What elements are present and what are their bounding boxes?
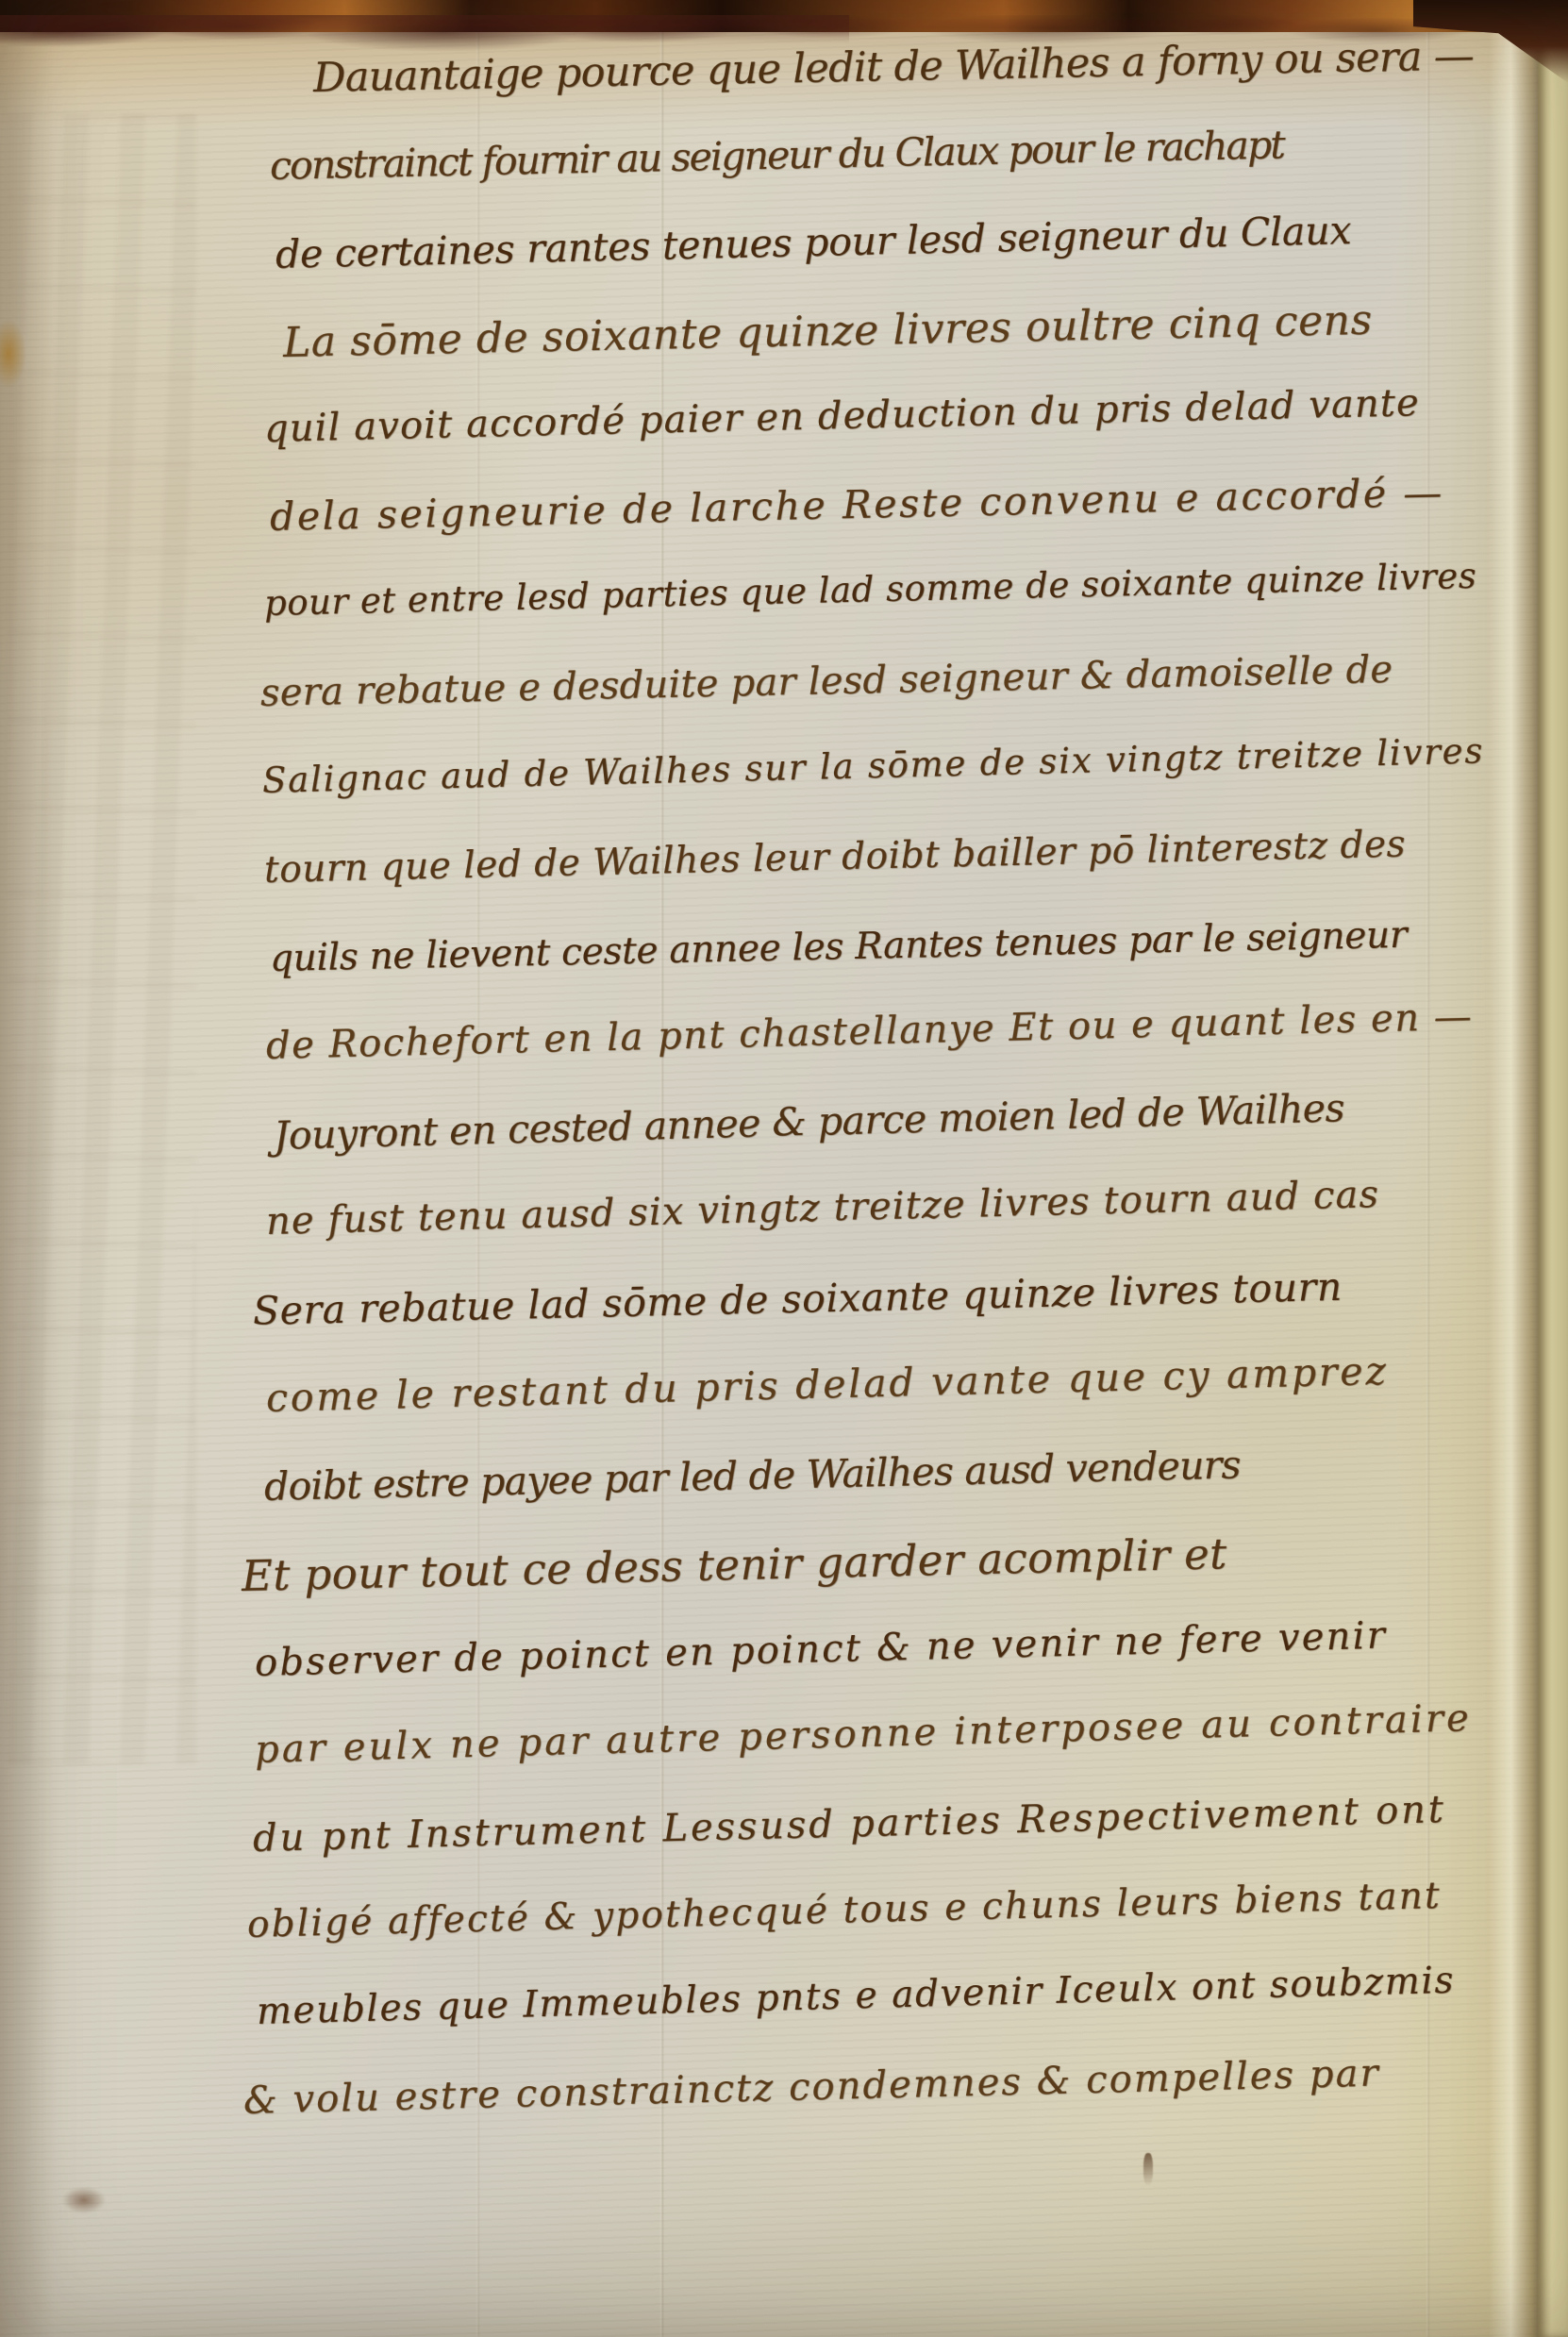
manuscript-line: du pnt Instrument Lessusd parties Respec… xyxy=(252,1788,1446,1861)
manuscript-line: observer de poinct en poinct & ne venir … xyxy=(254,1614,1387,1685)
manuscript-line: de Rochefort en la pnt chastellanye Et o… xyxy=(265,995,1473,1068)
manuscript-line: dela seigneurie de larche Reste convenu … xyxy=(269,470,1444,540)
manuscript-line: de certaines rantes tenues pour lesd sei… xyxy=(275,208,1351,277)
manuscript-line: Sera rebatue lad sōme de soixante quinze… xyxy=(252,1264,1343,1334)
manuscript-line: & volu estre constrainctz condemnes & co… xyxy=(242,2052,1380,2123)
manuscript-text: Dauantaige pource que ledit de Wailhes a… xyxy=(0,0,1568,2337)
manuscript-line: doibt estre payee par led de Wailhes aus… xyxy=(263,1443,1241,1510)
manuscript-line: Dauantaige pource que ledit de Wailhes a… xyxy=(313,32,1475,102)
manuscript-line: Jouyront en cested annee & parce moien l… xyxy=(273,1085,1344,1159)
manuscript-photo: Dauantaige pource que ledit de Wailhes a… xyxy=(0,0,1568,2337)
manuscript-line: pour et entre lesd parties que lad somme… xyxy=(264,556,1477,624)
manuscript-line: ne fust tenu ausd six vingtz treitze liv… xyxy=(265,1173,1379,1244)
manuscript-line: par eulx ne par autre personne interpose… xyxy=(254,1696,1472,1772)
manuscript-line: quil avoit accordé paier en deduction du… xyxy=(263,381,1420,451)
manuscript-line: sera rebatue e desduite par lesd seigneu… xyxy=(260,648,1393,715)
manuscript-line: quils ne lievent ceste annee les Rantes … xyxy=(270,914,1408,980)
manuscript-line: Et pour tout ce dess tenir garder acompl… xyxy=(241,1528,1227,1601)
manuscript-line: meubles que Immeubles pnts e advenir Ice… xyxy=(256,1960,1455,2033)
manuscript-line: constrainct fournir au seigneur du Claux… xyxy=(269,122,1284,189)
manuscript-line: Salignac aud de Wailhes sur la sōme de s… xyxy=(261,730,1484,801)
manuscript-line: obligé affecté & ypothecqué tous e chuns… xyxy=(246,1875,1442,1946)
manuscript-line: come le restant du pris delad vante que … xyxy=(265,1348,1389,1421)
manuscript-line: tourn que led de Wailhes leur doibt bail… xyxy=(263,824,1406,892)
manuscript-line: La sōme de soixante quinze livres oultre… xyxy=(282,296,1373,367)
